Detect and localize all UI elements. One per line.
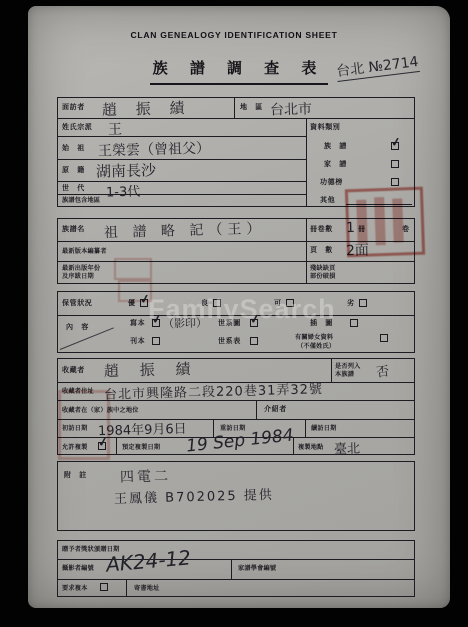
check-mark: ✓ [249,311,261,327]
listed-value: 否 [375,360,391,381]
notes-line1: 四電二 [120,465,172,486]
divider [58,579,414,580]
category-label: 資料類別 [310,124,340,132]
compiler-label: 最新版本編纂者 [62,248,107,255]
title-english: CLAN GENEALOGY IDENTIFICATION SHEET [0,30,468,40]
divider [58,181,306,182]
women-data-label: 有關婦女資料 [295,334,333,341]
damage-label-line2: 部份破損 [310,273,336,280]
illustrations-checkbox [350,319,358,327]
gongdebang-checkbox [391,178,399,186]
lineage-chart-label: 世系圖 [218,320,241,328]
collector-value: 趙 振 績 [104,358,199,381]
interviewer-label: 面訪者 [62,104,85,112]
society-number-label: 家譜學會編號 [238,565,276,572]
good-checkbox [213,299,221,307]
pub-year-label-line1: 最新出版年份 [62,265,100,272]
volumes-label: 冊卷數 [310,226,333,234]
seal-glyph-bar [356,200,368,244]
seal-glyph-bar [374,197,386,245]
interviewer-value: 趙 振 績 [102,97,192,120]
seal-glyph-bar [392,198,404,242]
copy-date-value: 19 Sep 1984 [185,425,294,456]
manuscript-label: 寫本 [130,320,145,328]
condition-poor: 劣 [347,300,355,308]
divider [58,194,306,195]
generations-value: 1-3代 [106,181,141,201]
generations-label: 世 代 [62,185,85,193]
collector-label: 收藏者 [62,367,85,375]
section-collector: 收藏者 趙 振 績 是否列入 本族譜 否 收藏者住址 台北市興隆路二段220巷3… [57,358,415,455]
photographer-number-label: 攝影者編號 [62,565,94,572]
fair-checkbox [286,299,294,307]
notes-line2: 王鳳儀 B702025 提供 [114,484,274,507]
followup-visit-label: 續訪日期 [311,425,337,432]
origin-label: 原 籍 [62,167,85,175]
surname-label: 姓氏宗派 [62,124,92,132]
contents-label: 內 容 [66,324,89,332]
mailing-address-label: 寄書地址 [134,585,160,592]
coverage-label: 族譜包含地區 [62,197,100,204]
photo-frame: CLAN GENEALOGY IDENTIFICATION SHEET 族 譜 … [0,0,468,627]
category-item-gongdebang: 功德榜 [320,179,343,187]
introducer-label: 介紹者 [264,406,287,414]
poor-checkbox [359,299,367,307]
surname-value: 王 [108,119,123,139]
section-admin: 贈予者獎狀頒贈日期 攝影者編號 AK24-12 家譜學會編號 要求複本 寄書地址 [57,540,415,597]
pages-label: 頁 數 [310,247,333,255]
women-data-checkbox [380,334,388,342]
pub-year-label-line2: 及序跋日期 [62,273,94,280]
category-item-jiapu: 家 譜 [324,161,347,169]
check-mark: ✓ [390,134,402,150]
category-item-zupu: 族 譜 [324,143,347,151]
red-seal-fragment [118,280,152,302]
listed-label-line2: 本族譜 [335,371,354,378]
genealogy-name-label: 族譜名 [62,226,85,234]
genealogy-name-value: 祖 譜 略 記（王） [104,218,266,242]
area-label: 地 區 [240,104,263,112]
printed-label: 刊本 [130,338,145,346]
divider [256,400,257,419]
illustrations-label: 插 圖 [310,320,333,328]
divider [331,359,332,382]
notes-label: 附 註 [64,472,87,480]
divider [234,98,235,118]
origin-value: 湖南長沙 [96,159,157,182]
request-copy-label: 要求複本 [62,585,88,592]
divider [58,261,414,262]
first-ancestor-label: 始 祖 [62,145,85,153]
lineage-table-checkbox [250,337,258,345]
title-chinese: 族 譜 調 查 表 [150,57,328,85]
section-condition: 保管狀況 優 ✓ 良 可 劣 內 容 寫本 ✓ （影印） 世系圖 ✓ 插 圖 刊… [57,291,415,353]
condition-label: 保管狀況 [62,300,92,308]
copy-date-label: 預定複製日期 [122,444,160,451]
lineage-table-label: 世系表 [218,338,241,346]
divider [58,136,306,137]
category-item-other: 其他 [320,197,335,205]
manuscript-note: （影印） [163,314,207,331]
listed-label-line1: 是否列入 [335,363,361,370]
check-mark: ✓ [151,311,163,327]
request-copy-checkbox [100,583,108,591]
damage-label-line1: 殘缺缺頁 [310,265,336,272]
copy-place-value: 臺北 [334,438,361,458]
condition-fair: 可 [274,300,282,308]
jiapu-checkbox [391,160,399,168]
first-ancestor-value: 王榮雲（曾祖父） [98,138,210,161]
divider [126,579,127,596]
condition-good: 良 [201,300,209,308]
area-value: 台北市 [270,98,313,119]
red-seal-stamp [345,187,425,258]
copy-place-label: 複製地點 [298,444,324,451]
women-data-note: （不僅姓氏） [297,343,335,350]
divider [58,315,414,316]
divider [306,118,307,206]
section-notes: 附 註 四電二 王鳳儀 B702025 提供 [57,461,415,531]
divider [116,437,117,454]
red-seal-fragment [114,258,152,280]
divider [305,419,306,437]
divider [306,219,307,283]
first-visit-value: 1984年9月6日 [98,418,187,439]
printed-checkbox [152,337,160,345]
divider [231,559,232,579]
red-seal-fragment [58,390,110,460]
